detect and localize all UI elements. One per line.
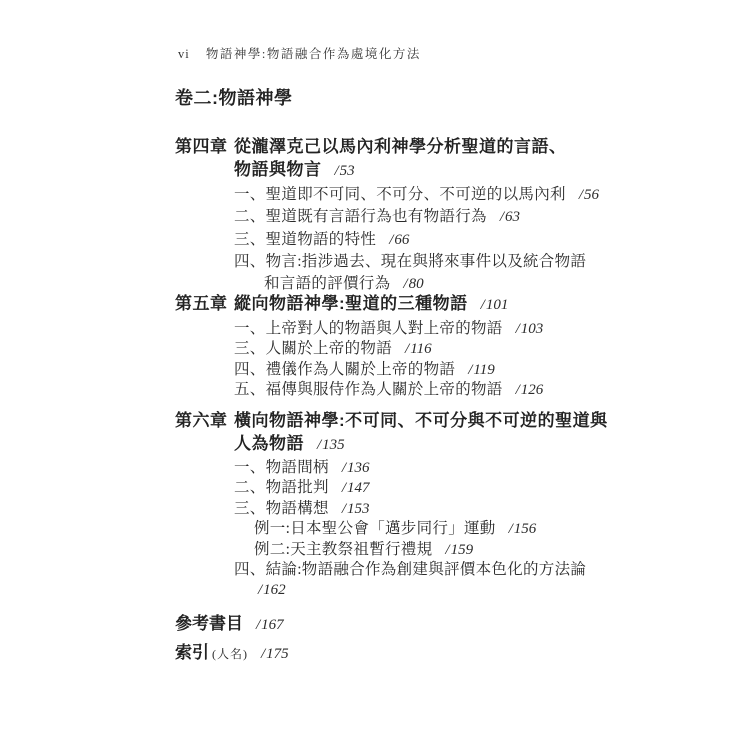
slash-glyph: / <box>261 646 265 662</box>
page-number: 116 <box>410 341 431 357</box>
chapter-5-title-text: 縱向物語神學:聖道的三種物語 <box>234 294 468 313</box>
toc-item-page-ref: /63 <box>500 209 520 225</box>
slash-glyph: / <box>342 480 346 496</box>
slash-glyph: / <box>389 232 393 248</box>
slash-glyph: / <box>481 297 485 313</box>
toc-item-text: 四、物言:指涉過去、現在與將來事件以及統合物語 <box>234 253 586 270</box>
chapter-5-entry: 第五章 縱向物語神學:聖道的三種物語/101 一、上帝對人的物語與人對上帝的物語… <box>175 292 635 401</box>
chapter-6-page-ref: /135 <box>317 437 345 453</box>
slash-glyph: / <box>335 163 339 179</box>
slash-glyph: / <box>405 341 409 357</box>
toc-item-continuation: /162 <box>258 580 635 600</box>
toc-item: 三、聖道物語的特性/66 <box>234 229 635 251</box>
toc-item-text: 例二:天主教祭祖暫行禮規 <box>254 541 432 558</box>
toc-item-page-ref: /103 <box>516 321 544 337</box>
page-number: 53 <box>340 163 355 179</box>
toc-item: 一、聖道即不可同、不可分、不可逆的以馬內利/56 <box>234 184 635 206</box>
index-page-ref: /175 <box>261 646 289 662</box>
page-number: 159 <box>451 542 474 558</box>
chapter-4-entry: 第四章 從瀧澤克己以馬內利神學分析聖道的言語、 物語與物言/53 一、聖道即不可… <box>175 135 635 295</box>
chapter-6-items: 一、物語間柄/136 二、物語批判/147 三、物語構想/153 例一:日本聖公… <box>234 458 635 601</box>
page-number: 153 <box>347 501 370 517</box>
slash-glyph: / <box>342 501 346 517</box>
toc-item-page-ref: /147 <box>342 480 370 496</box>
toc-item-page-ref: /153 <box>342 501 370 517</box>
slash-glyph: / <box>509 521 513 537</box>
toc-item-page-ref: /119 <box>468 362 495 378</box>
toc-item-page-ref: /80 <box>403 276 423 292</box>
toc-item-page-ref: /116 <box>405 341 432 357</box>
part-title: 卷二:物語神學 <box>175 86 293 110</box>
slash-glyph: / <box>468 362 472 378</box>
toc-item-text: 一、物語間柄 <box>234 459 329 476</box>
chapter-4-title-line2-text: 物語與物言 <box>234 160 322 179</box>
toc-item-text: 一、聖道即不可同、不可分、不可逆的以馬內利 <box>234 186 566 203</box>
chapter-5-title-line1: 縱向物語神學:聖道的三種物語/101 <box>234 292 508 317</box>
toc-item-page-ref: /66 <box>389 232 409 248</box>
toc-item: 一、物語間柄/136 <box>234 458 635 478</box>
slash-glyph: / <box>516 321 520 337</box>
toc-item: 二、聖道既有言語行為也有物語行為/63 <box>234 206 635 228</box>
page-number: 167 <box>261 617 284 633</box>
toc-item: 三、物語構想/153 <box>234 499 635 519</box>
chapter-6-heading: 第六章 橫向物語神學:不可同、不可分與不可逆的聖道與 人為物語/135 <box>175 409 635 457</box>
toc-item: 二、物語批判/147 <box>234 478 635 498</box>
toc-item: 四、物言:指涉過去、現在與將來事件以及統合物語 <box>234 251 635 273</box>
index-note: (人名) <box>212 647 248 661</box>
chapter-4-page-ref: /53 <box>335 163 355 179</box>
slash-glyph: / <box>256 617 260 633</box>
page-number: 66 <box>394 232 409 248</box>
chapter-6-title-line2-text: 人為物語 <box>234 434 304 453</box>
toc-item-text: 二、聖道既有言語行為也有物語行為 <box>234 208 487 225</box>
chapter-4-heading: 第四章 從瀧澤克己以馬內利神學分析聖道的言語、 物語與物言/53 <box>175 135 635 183</box>
slash-glyph: / <box>403 276 407 292</box>
slash-glyph: / <box>579 187 583 203</box>
toc-item-text: 四、結論:物語融合作為創建與評價本色化的方法論 <box>234 561 586 578</box>
toc-item-page-ref: /56 <box>579 187 599 203</box>
slash-glyph: / <box>516 382 520 398</box>
toc-page: vi 物語神學:物語融合作為處境化方法 卷二:物語神學 第四章 從瀧澤克己以馬內… <box>0 0 750 750</box>
chapter-4-items: 一、聖道即不可同、不可分、不可逆的以馬內利/56 二、聖道既有言語行為也有物語行… <box>234 184 635 295</box>
running-head-folio: vi <box>178 47 190 61</box>
page-number: 56 <box>584 187 599 203</box>
toc-item-text: 三、人關於上帝的物語 <box>234 340 392 357</box>
page-number: 135 <box>322 437 345 453</box>
page-number: 147 <box>347 480 370 496</box>
toc-example-item: 例一:日本聖公會「邁步同行」運動/156 <box>254 519 635 539</box>
slash-glyph: / <box>445 542 449 558</box>
bibliography-entry: 參考書目/167 <box>175 612 284 637</box>
page-number: 119 <box>473 362 494 378</box>
toc-item-text: 三、物語構想 <box>234 500 329 517</box>
page-number: 103 <box>521 321 544 337</box>
toc-example-item: 例二:天主教祭祖暫行禮規/159 <box>254 540 635 560</box>
bibliography-title: 參考書目 <box>175 614 243 633</box>
chapter-5-heading: 第五章 縱向物語神學:聖道的三種物語/101 <box>175 292 635 317</box>
page-number: 175 <box>266 646 289 662</box>
toc-item: 四、結論:物語融合作為創建與評價本色化的方法論 <box>234 560 635 580</box>
slash-glyph: / <box>317 437 321 453</box>
slash-glyph: / <box>342 460 346 476</box>
toc-item-text: 四、禮儀作為人關於上帝的物語 <box>234 361 455 378</box>
bibliography-page-ref: /167 <box>256 617 284 633</box>
toc-item: 五、福傳與服侍作為人關於上帝的物語/126 <box>234 380 635 400</box>
page-number: 162 <box>263 582 286 598</box>
toc-item-text: 例一:日本聖公會「邁步同行」運動 <box>254 520 496 537</box>
toc-item-page-ref: /126 <box>516 382 544 398</box>
chapter-6-label: 第六章 <box>175 409 234 432</box>
chapter-6-title-line2: 人為物語/135 <box>234 432 608 457</box>
toc-item: 一、上帝對人的物語與人對上帝的物語/103 <box>234 319 635 339</box>
toc-item: 四、禮儀作為人關於上帝的物語/119 <box>234 360 635 380</box>
chapter-4-title: 從瀧澤克己以馬內利神學分析聖道的言語、 物語與物言/53 <box>234 135 567 183</box>
chapter-5-page-ref: /101 <box>481 297 509 313</box>
chapter-5-items: 一、上帝對人的物語與人對上帝的物語/103 三、人關於上帝的物語/116 四、禮… <box>234 319 635 401</box>
toc-item-text: 一、上帝對人的物語與人對上帝的物語 <box>234 320 503 337</box>
toc-item-page-ref: /136 <box>342 460 370 476</box>
toc-item-page-ref: /156 <box>509 521 537 537</box>
toc-item-page-ref: /159 <box>445 542 473 558</box>
chapter-4-title-line1: 從瀧澤克己以馬內利神學分析聖道的言語、 <box>234 135 567 158</box>
slash-glyph: / <box>500 209 504 225</box>
toc-item-page-ref: /162 <box>258 582 286 598</box>
page-number: 80 <box>409 276 424 292</box>
toc-item-text: 三、聖道物語的特性 <box>234 231 376 248</box>
toc-item-text: 二、物語批判 <box>234 479 329 496</box>
running-head: vi 物語神學:物語融合作為處境化方法 <box>178 47 421 61</box>
page-number: 101 <box>486 297 509 313</box>
toc-item: 三、人關於上帝的物語/116 <box>234 339 635 359</box>
page-number: 63 <box>505 209 520 225</box>
chapter-4-label: 第四章 <box>175 135 234 158</box>
chapter-6-entry: 第六章 橫向物語神學:不可同、不可分與不可逆的聖道與 人為物語/135 一、物語… <box>175 409 635 601</box>
page-number: 156 <box>514 521 537 537</box>
page-number: 136 <box>347 460 370 476</box>
slash-glyph: / <box>258 582 262 598</box>
toc-item-text: 五、福傳與服侍作為人關於上帝的物語 <box>234 381 503 398</box>
page-number: 126 <box>521 382 544 398</box>
index-entry: 索引(人名)/175 <box>175 641 289 666</box>
chapter-5-label: 第五章 <box>175 292 234 315</box>
running-head-title: 物語神學:物語融合作為處境化方法 <box>206 47 421 61</box>
index-title: 索引 <box>175 643 209 662</box>
toc-item-text: 和言語的評價行為 <box>264 275 390 292</box>
chapter-6-title-line1: 橫向物語神學:不可同、不可分與不可逆的聖道與 <box>234 409 608 432</box>
chapter-5-title: 縱向物語神學:聖道的三種物語/101 <box>234 292 508 317</box>
chapter-4-title-line2: 物語與物言/53 <box>234 158 567 183</box>
chapter-6-title: 橫向物語神學:不可同、不可分與不可逆的聖道與 人為物語/135 <box>234 409 608 457</box>
